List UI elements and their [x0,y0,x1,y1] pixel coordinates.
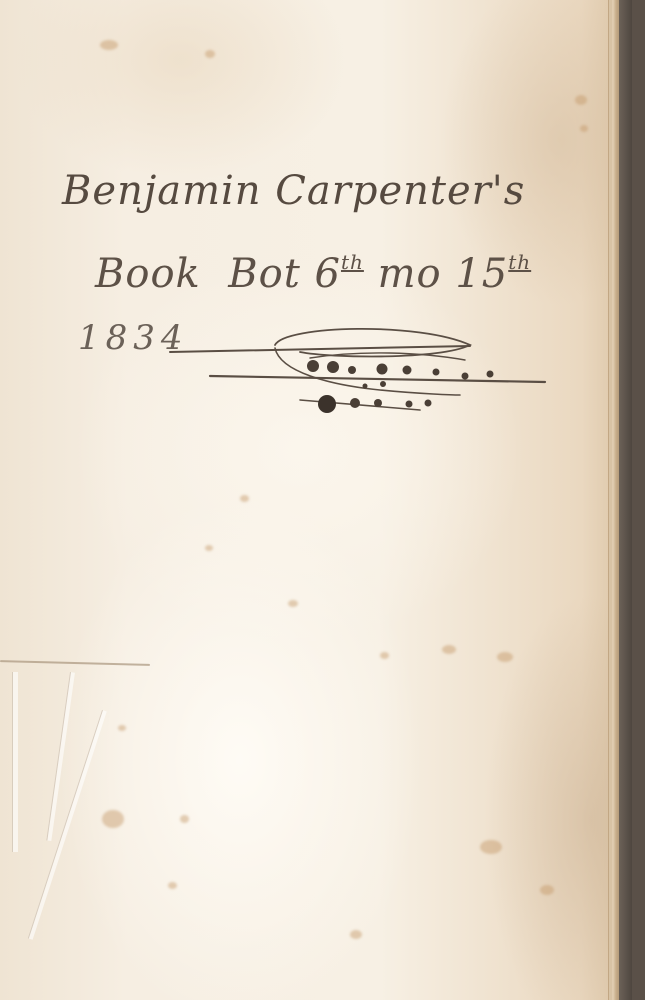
inscription-month-suffix: th [508,250,531,274]
inscription-book-word: Book [95,251,201,297]
inscription-month-label: mo [378,251,442,297]
inscription-day-suffix: th [341,250,364,274]
inscription-year: 1834 [78,318,189,358]
inscription-day: 6 [315,251,341,297]
ownership-inscription: Benjamin Carpenter's Book Bot 6th mo 15t… [0,0,632,1000]
inscription-month-number: 15 [455,251,508,297]
inscription-bought: Bot [228,251,301,297]
flyleaf-page: Benjamin Carpenter's Book Bot 6th mo 15t… [0,0,632,1000]
ink-flourish [0,0,632,1000]
inscription-purchase-line: Book Bot 6th mo 15th [95,250,531,297]
inscription-owner-name: Benjamin Carpenter's [62,168,525,214]
